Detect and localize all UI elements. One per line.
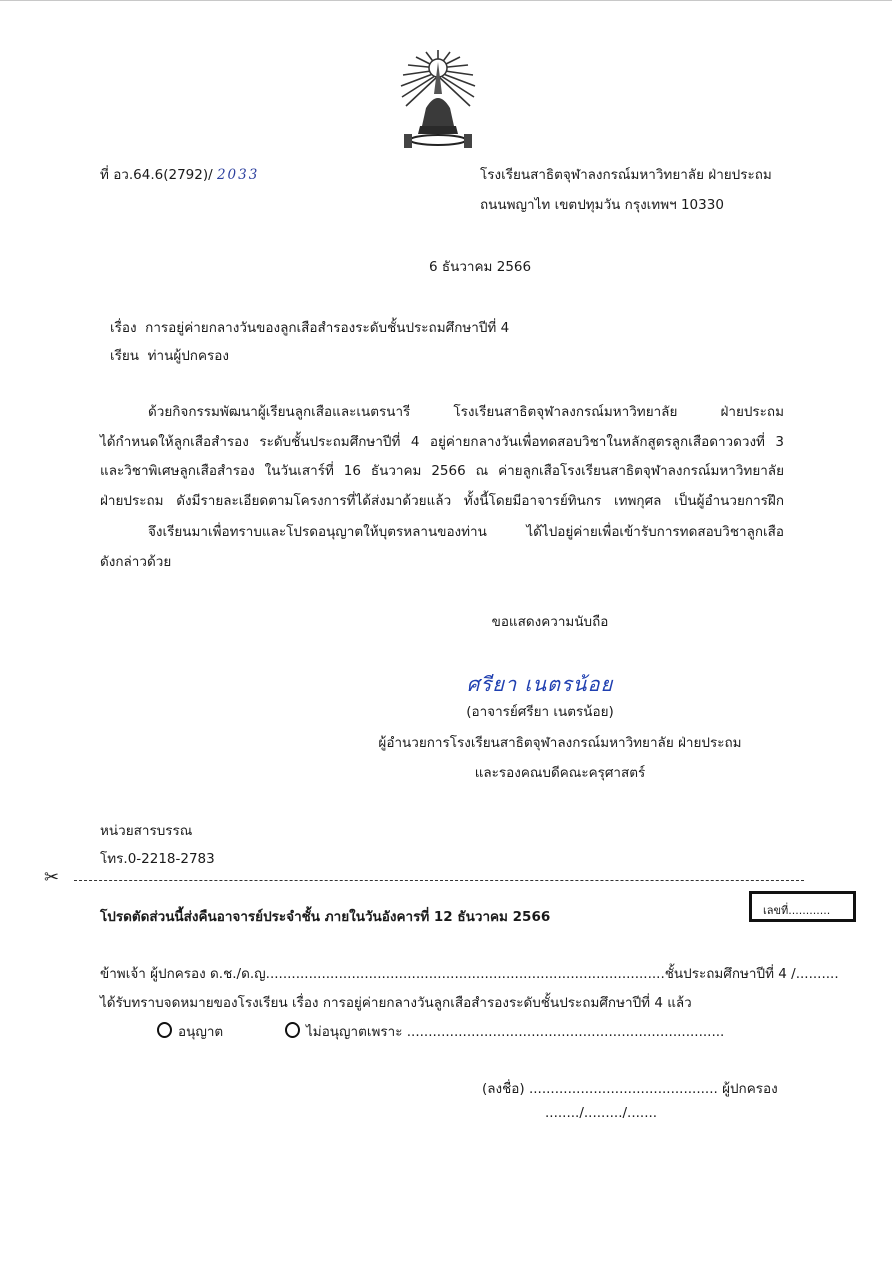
signer-title-secondary: และรองคณบดีคณะครุศาสตร์ [400, 761, 720, 783]
acknowledgement-line: ได้รับทราบจดหมายของโรงเรียน เรื่อง การอย… [100, 991, 692, 1013]
page-top-edge [0, 0, 892, 1]
signer-name: (อาจารย์ศรียา เนตรน้อย) [410, 700, 670, 722]
reference-number: ที่ อว.64.6(2792)/ 2033 [100, 163, 259, 185]
body-line: ด้วยกิจกรรมพัฒนาผู้เรียนลูกเสือและเนตรนา… [100, 398, 784, 428]
body-paragraph: ด้วยกิจกรรมพัฒนาผู้เรียนลูกเสือและเนตรนา… [100, 398, 784, 516]
dashed-divider [74, 880, 804, 881]
subject-text: การอยู่ค่ายกลางวันของลูกเสือสำรองระดับชั… [145, 320, 509, 336]
option-deny[interactable]: ไม่อนุญาตเพราะ .........................… [285, 1020, 724, 1042]
student-name-field[interactable]: ข้าพเจ้า ผู้ปกครอง ด.ช./ด.ญ.............… [100, 962, 665, 984]
signature-date-line[interactable]: ......../........./....... [545, 1105, 657, 1121]
scissors-icon: ✂ [44, 869, 59, 887]
office-name: หน่วยสารบรรณ [100, 819, 192, 841]
recipient-line: เรียน ท่านผู้ปกครอง [110, 344, 229, 366]
subject-label: เรื่อง [110, 320, 137, 336]
closing-line: ดังกล่าวด้วย [100, 548, 784, 578]
cut-line: ✂ [44, 875, 804, 887]
signer-title: ผู้อำนวยการโรงเรียนสาธิตจุฬาลงกรณ์มหาวิท… [330, 731, 790, 753]
body-line: และวิชาพิเศษลูกเสือสำรอง ในวันเสาร์ที่ 1… [100, 457, 784, 487]
return-instruction: โปรดตัดส่วนนี้ส่งคืนอาจารย์ประจำชั้น ภาย… [100, 905, 550, 927]
school-name: โรงเรียนสาธิตจุฬาลงกรณ์มหาวิทยาลัย ฝ่ายป… [480, 163, 772, 185]
reference-prefix: ที่ อว.64.6(2792)/ [100, 167, 213, 183]
closing-line: จึงเรียนมาเพื่อทราบและโปรดอนุญาตให้บุตรห… [100, 518, 784, 548]
subject-line: เรื่อง การอยู่ค่ายกลางวันของลูกเสือสำรอง… [110, 316, 509, 338]
student-class-field[interactable]: ชั้นประถมศึกษาปีที่ 4 /.......... [665, 962, 839, 984]
closing-paragraph: จึงเรียนมาเพื่อทราบและโปรดอนุญาตให้บุตรห… [100, 518, 784, 577]
handwritten-ref-number: 2033 [217, 167, 259, 183]
recipient-text: ท่านผู้ปกครอง [148, 348, 229, 364]
student-number-label: เลขที่............ [763, 904, 830, 917]
radio-circle-icon[interactable] [157, 1022, 172, 1038]
body-line: ฝ่ายประถม ดังมีรายละเอียดตามโครงการที่ได… [100, 487, 784, 517]
recipient-label: เรียน [110, 348, 139, 364]
salutation: ขอแสดงความนับถือ [400, 610, 700, 632]
school-crest-icon [398, 48, 478, 158]
student-number-box[interactable]: เลขที่............ [749, 891, 856, 922]
body-line: ได้กำหนดให้ลูกเสือสำรอง ระดับชั้นประถมศึ… [100, 428, 784, 458]
radio-circle-icon[interactable] [285, 1022, 300, 1038]
school-address: ถนนพญาไท เขตปทุมวัน กรุงเทพฯ 10330 [480, 193, 724, 215]
guardian-signature-line[interactable]: (ลงชื่อ) ...............................… [482, 1077, 778, 1099]
handwritten-signature: ศรียา เนตรน้อย [440, 668, 640, 700]
office-phone: โทร.0-2218-2783 [100, 847, 215, 869]
letter-date: 6 ธันวาคม 2566 [429, 255, 531, 277]
option-deny-label: ไม่อนุญาตเพราะ .........................… [306, 1024, 724, 1040]
option-allow[interactable]: อนุญาต [157, 1020, 223, 1042]
guardian-student-line: ข้าพเจ้า ผู้ปกครอง ด.ช./ด.ญ.............… [100, 962, 784, 984]
option-allow-label: อนุญาต [178, 1024, 223, 1040]
